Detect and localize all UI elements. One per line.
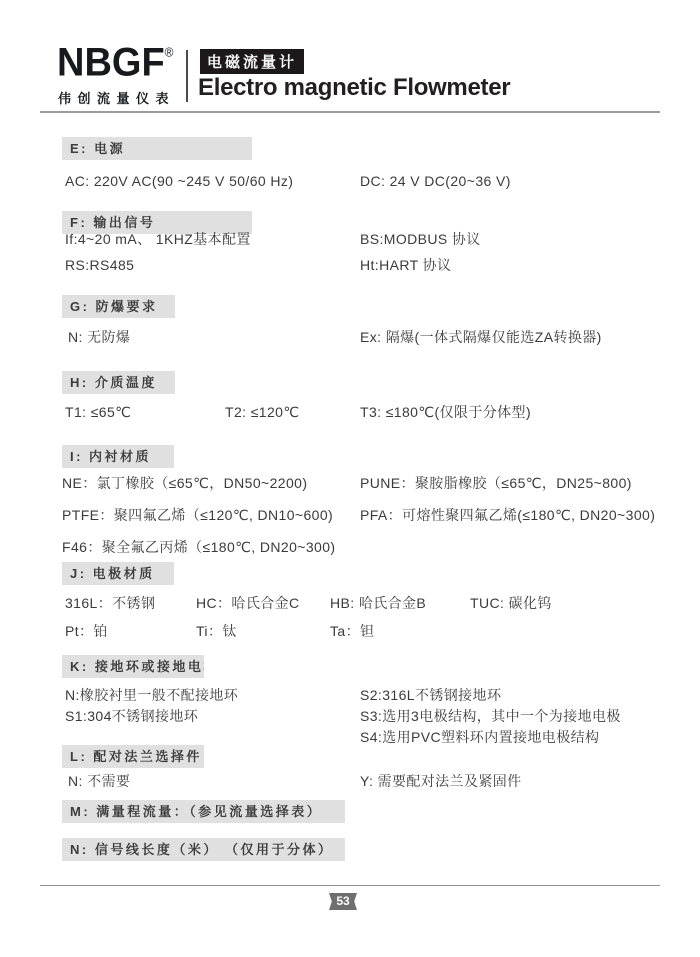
option-ground-s2: S2:316L不锈钢接地环 bbox=[360, 686, 501, 704]
option-pt: Pt：铂 bbox=[65, 622, 108, 640]
section-bar-cable-length: N: 信号线长度（米） （仅用于分体） bbox=[62, 838, 345, 861]
option-ta: Ta：钽 bbox=[330, 622, 374, 640]
option-rs485: RS:RS485 bbox=[65, 256, 134, 274]
header-rule bbox=[40, 111, 660, 113]
option-ht-hart: Ht:HART 协议 bbox=[360, 256, 451, 274]
option-hc: HC：哈氏合金C bbox=[196, 594, 300, 612]
option-ac-power: AC: 220V AC(90 ~245 V 50/60 Hz) bbox=[65, 172, 293, 190]
option-f46-liner: F46：聚全氟乙丙烯（≤180℃, DN20~300) bbox=[62, 538, 335, 556]
option-ne-liner: NE：氯丁橡胶（≤65℃，DN50~2200) bbox=[62, 474, 307, 492]
page-title-cn: 电磁流量计 bbox=[200, 49, 304, 74]
option-pune-liner: PUNE：聚胺脂橡胶（≤65℃，DN25~800) bbox=[360, 474, 632, 492]
section-bar-grounding: K: 接地环或接地电极 bbox=[62, 655, 204, 678]
option-ptfe-liner: PTFE：聚四氟乙烯（≤120℃, DN10~600) bbox=[62, 506, 333, 524]
option-t2: T2: ≤120℃ bbox=[225, 403, 299, 421]
section-bar-electrode-material: J: 电极材质 bbox=[62, 562, 174, 585]
section-bar-liner-material: I: 内衬材质 bbox=[62, 445, 174, 468]
option-ground-s3: S3:选用3电极结构，其中一个为接地电极 bbox=[360, 707, 621, 725]
brand-logo: NBGF® bbox=[57, 43, 174, 83]
option-if-current: If:4~20 mA、 1KHZ基本配置 bbox=[65, 230, 251, 248]
option-pfa-liner: PFA：可熔性聚四氟乙烯(≤180℃, DN20~300) bbox=[360, 506, 655, 524]
option-ti: Ti：钛 bbox=[196, 622, 237, 640]
option-hb: HB: 哈氏合金B bbox=[330, 594, 426, 612]
brand-logo-text: NBGF bbox=[57, 41, 165, 85]
header-divider bbox=[186, 50, 188, 102]
registered-trademark-icon: ® bbox=[165, 45, 174, 60]
page-title-en: Electro magnetic Flowmeter bbox=[198, 74, 510, 102]
footer-rule bbox=[40, 885, 660, 886]
option-t1: T1: ≤65℃ bbox=[65, 403, 131, 421]
option-bs-modbus: BS:MODBUS 协议 bbox=[360, 230, 481, 248]
option-ground-s4: S4:选用PVC塑料环内置接地电极结构 bbox=[360, 728, 599, 746]
section-bar-full-scale-flow: M: 满量程流量：（参见流量选择表） bbox=[62, 800, 345, 823]
section-bar-medium-temperature: H: 介质温度 bbox=[62, 371, 175, 394]
option-t3: T3: ≤180℃(仅限于分体型) bbox=[360, 403, 531, 421]
page-number-badge: 53 bbox=[329, 893, 357, 910]
section-bar-mating-flange: L: 配对法兰选择件 bbox=[62, 745, 204, 768]
section-bar-power: E: 电源 bbox=[62, 137, 252, 160]
option-dc-power: DC: 24 V DC(20~36 V) bbox=[360, 172, 511, 190]
option-ground-n: N:橡胶衬里一般不配接地环 bbox=[65, 686, 238, 704]
option-flange-y: Y: 需要配对法兰及紧固件 bbox=[360, 772, 522, 790]
option-no-exproof: N: 无防爆 bbox=[68, 328, 130, 346]
option-316l: 316L：不锈钢 bbox=[65, 594, 155, 612]
option-tuc: TUC: 碳化钨 bbox=[470, 594, 552, 612]
option-ex-exproof: Ex: 隔爆(一体式隔爆仅能选ZA转换器) bbox=[360, 328, 602, 346]
option-flange-n: N: 不需要 bbox=[68, 772, 130, 790]
option-ground-s1: S1:304不锈钢接地环 bbox=[65, 707, 198, 725]
section-bar-explosion-proof: G: 防爆要求 bbox=[62, 295, 175, 318]
catalog-page: NBGF® 伟创流量仪表 电磁流量计 Electro magnetic Flow… bbox=[0, 0, 700, 957]
brand-subtitle: 伟创流量仪表 bbox=[58, 88, 175, 107]
